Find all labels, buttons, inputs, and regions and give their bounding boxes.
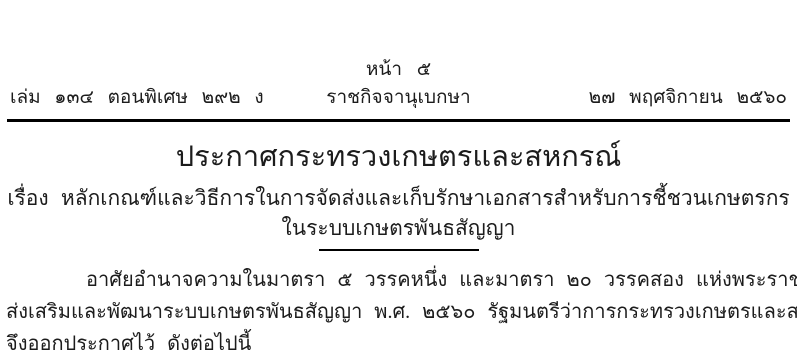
body-line-3: จึงออกประกาศไว้ ดังต่อไปนี้: [6, 328, 789, 360]
page-number: หน้า ๕: [0, 54, 797, 84]
section-divider: [319, 249, 479, 251]
announcement-title: ประกาศกระทรวงเกษตรและสหกรณ์: [0, 133, 797, 179]
body-line-2: ส่งเสริมและพัฒนาระบบเกษตรพันธสัญญา พ.ศ. …: [6, 296, 789, 328]
gazette-name: ราชกิจจานุเบกษา: [296, 82, 500, 112]
body-line-1: อาศัยอำนาจความในมาตรา ๕ วรรคหนึ่ง และมาต…: [6, 264, 789, 296]
announcement-subject-line2: ในระบบเกษตรพันธสัญญา: [0, 212, 797, 245]
announcement-subject-line1: เรื่อง หลักเกณฑ์และวิธีการในการจัดส่งและ…: [0, 182, 797, 215]
header-divider: [7, 119, 790, 122]
publication-date: ๒๗ พฤศจิกายน ๒๕๖๐: [501, 82, 787, 112]
gazette-header: เล่ม ๑๓๔ ตอนพิเศษ ๒๙๒ ง ราชกิจจานุเบกษา …: [10, 82, 787, 112]
body-paragraph: อาศัยอำนาจความในมาตรา ๕ วรรคหนึ่ง และมาต…: [6, 264, 789, 360]
volume-info: เล่ม ๑๓๔ ตอนพิเศษ ๒๙๒ ง: [10, 82, 296, 112]
